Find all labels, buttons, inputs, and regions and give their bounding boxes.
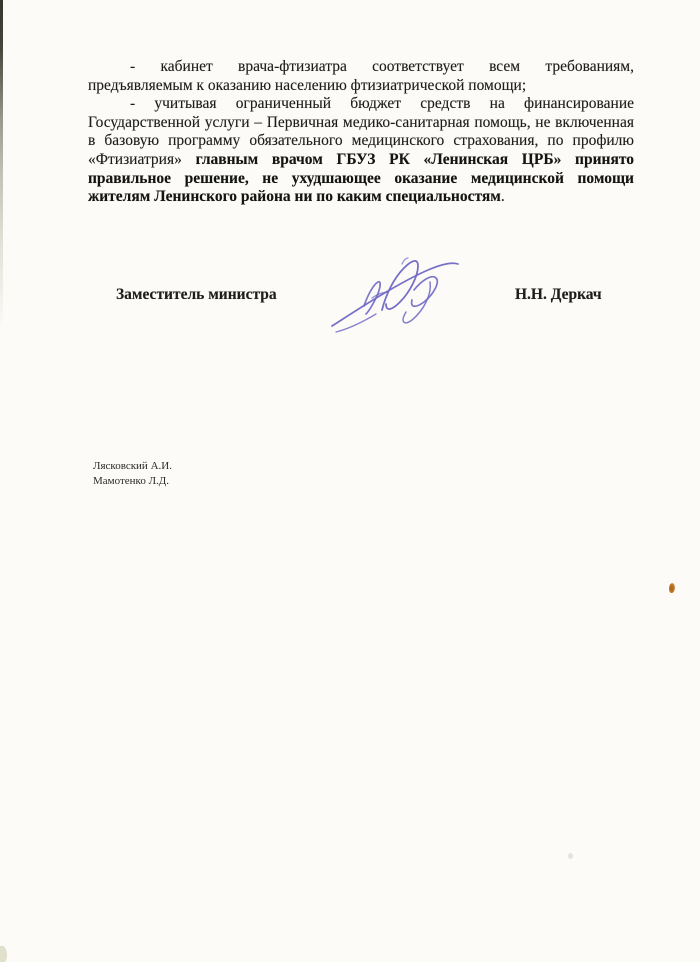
signer-title: Заместитель министра xyxy=(116,286,277,304)
paragraph-2-regular-end: . xyxy=(501,188,505,205)
paper-faint-speck xyxy=(568,853,573,859)
signer-name: Н.Н. Деркач xyxy=(515,286,602,304)
executor-names: Лясковский А.И. Мамотенко Л.Д. xyxy=(93,459,172,488)
handwritten-signature-icon xyxy=(326,254,474,340)
executor-name-1: Лясковский А.И. xyxy=(93,459,172,474)
scan-edge-artifact xyxy=(0,0,3,330)
executor-name-2: Мамотенко Л.Д. xyxy=(93,474,172,489)
paper-stain-speck xyxy=(669,583,675,593)
document-body: - кабинет врача-фтизиатра соответствует … xyxy=(88,58,634,207)
scan-corner-speck xyxy=(0,946,7,962)
paragraph-budget-decision: - учитывая ограниченный бюджет средств н… xyxy=(88,95,634,207)
scanned-document-page: - кабинет врача-фтизиатра соответствует … xyxy=(0,0,700,962)
paragraph-1-text: - кабинет врача-фтизиатра соответствует … xyxy=(88,58,634,94)
paragraph-fthisiatr-cabinet: - кабинет врача-фтизиатра соответствует … xyxy=(88,58,634,95)
